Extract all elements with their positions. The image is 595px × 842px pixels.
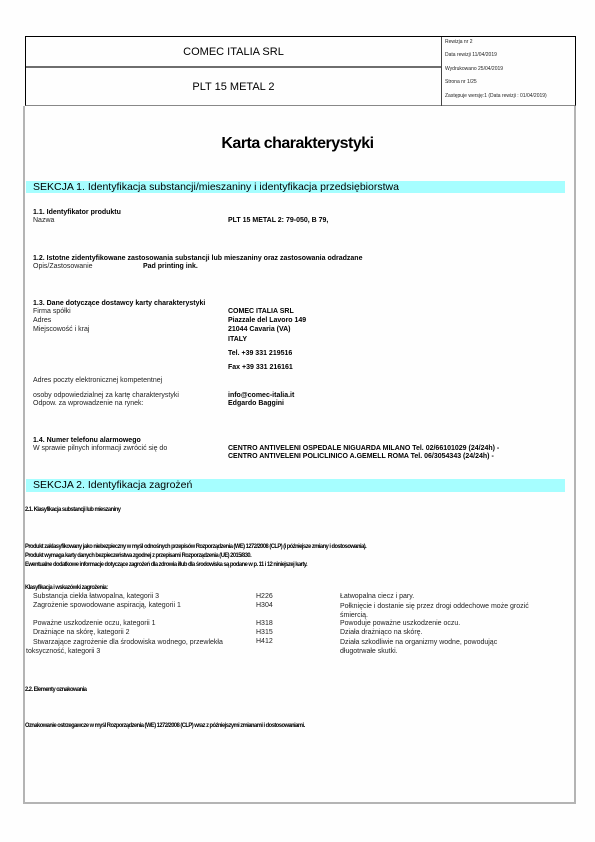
supplier-email[interactable]: info@comec-italia.it bbox=[228, 392, 294, 399]
revision-date: Data rewizji 11/04/2019 bbox=[445, 51, 547, 64]
subsection-1-2-title: 1.2. Istotne zidentyfikowane zastosowani… bbox=[33, 255, 362, 262]
hazard-category: Drażniące na skórę, kategorii 2 bbox=[33, 629, 130, 636]
hazard-category: Substancja ciekła łatwopalna, kategorii … bbox=[33, 593, 159, 600]
emergency-label: W sprawie pilnych informacji zwrócić się… bbox=[33, 445, 167, 452]
city-label: Miejscowość i kraj bbox=[33, 326, 89, 333]
company-name: COMEC ITALIA SRL bbox=[26, 37, 441, 68]
email-label-line1: Adres poczty elektronicznej kompetentnej bbox=[33, 377, 162, 384]
supplier-country: ITALY bbox=[228, 336, 247, 343]
supplier-address: Piazzale del Lavoro 149 bbox=[228, 317, 306, 324]
hazard-statement: Łatwopalna ciecz i pary. bbox=[340, 593, 414, 600]
replaces-version: Zastępuje wersję:1 (Data rewizji : 01/04… bbox=[445, 92, 547, 105]
page-number: Strona nr 1/25 bbox=[445, 78, 547, 91]
header-divider bbox=[441, 37, 442, 106]
document-header: COMEC ITALIA SRL PLT 15 METAL 2 Rewizja … bbox=[25, 36, 576, 106]
address-label: Adres bbox=[33, 317, 51, 324]
emergency-line-2: CENTRO ANTIVELENI POLICLINICO A.GEMELL R… bbox=[228, 453, 494, 460]
company-label: Firma spółki bbox=[33, 308, 71, 315]
hazard-code: H226 bbox=[256, 593, 273, 600]
product-name: PLT 15 METAL 2 bbox=[26, 68, 441, 106]
supplier-fax: Fax +39 331 216161 bbox=[228, 364, 293, 371]
subsection-1-4-title: 1.4. Numer telefonu alarmowego bbox=[33, 437, 141, 444]
responsible-label: Odpow. za wprowadzenie na rynek: bbox=[33, 400, 144, 407]
hazard-class-title: Klasyfikacja i wskazówki zagrożenia: bbox=[25, 584, 108, 591]
product-name-value: PLT 15 METAL 2: 79-050, B 79, bbox=[228, 217, 328, 224]
responsible-person: Edgardo Baggini bbox=[228, 400, 284, 407]
emergency-line-1: CENTRO ANTIVELENI OSPEDALE NIGUARDA MILA… bbox=[228, 445, 499, 452]
classification-paragraph-line2: Produkt wymaga karty danych bezpieczeńst… bbox=[25, 552, 251, 559]
use-value: Pad printing ink. bbox=[143, 263, 198, 270]
revision-number: Rewizja nr 2 bbox=[445, 38, 547, 51]
subsection-1-3-title: 1.3. Dane dotyczące dostawcy karty chara… bbox=[33, 300, 205, 307]
supplier-phone: Tel. +39 331 219516 bbox=[228, 350, 292, 357]
classification-paragraph-line3: Ewentualne dodatkowe informacje dotycząc… bbox=[25, 561, 307, 568]
section-1-heading: SEKCJA 1. Identyfikacja substancji/miesz… bbox=[26, 181, 565, 193]
email-label-line2: osoby odpowiedzialnej za kartę charakter… bbox=[33, 392, 179, 399]
subsection-2-1-title: 2.1. Klasyfikacja substancji lub mieszan… bbox=[25, 506, 120, 513]
hazard-statement: Połknięcie i dostanie się przez drogi od… bbox=[340, 602, 558, 620]
hazard-statement: Działa szkodliwie na organizmy wodne, po… bbox=[340, 638, 530, 656]
hazard-category: Poważne uszkodzenie oczu, kategorii 1 bbox=[33, 620, 156, 627]
hazard-code: H412 bbox=[256, 638, 273, 645]
supplier-city: 21044 Cavaria (VA) bbox=[228, 326, 291, 333]
hazard-code: H315 bbox=[256, 629, 273, 636]
subsection-1-1-title: 1.1. Identyfikator produktu bbox=[33, 209, 121, 216]
hazard-category: Zagrożenie spowodowane aspiracją, katego… bbox=[33, 602, 181, 609]
hazard-category: Stwarzające zagrożenie dla środowiska wo… bbox=[26, 638, 226, 656]
classification-paragraph-line1: Produkt zaklasyfikowany jako niebezpiecz… bbox=[25, 543, 366, 550]
product-name-label: Nazwa bbox=[33, 217, 54, 224]
supplier-company: COMEC ITALIA SRL bbox=[228, 308, 294, 315]
use-label: Opis/Zastosowanie bbox=[33, 263, 93, 270]
section-2-heading: SEKCJA 2. Identyfikacja zagrożeń bbox=[26, 479, 565, 492]
hazard-statement: Działa drażniąco na skórę. bbox=[340, 629, 423, 636]
subsection-2-2-title: 2.2. Elementy oznakowania bbox=[25, 686, 86, 693]
revision-info: Rewizja nr 2 Data rewizji 11/04/2019 Wyd… bbox=[445, 38, 547, 105]
print-date: Wydrukowano 25/04/2019 bbox=[445, 65, 547, 78]
hazard-statement: Powoduje poważne uszkodzenie oczu. bbox=[340, 620, 460, 627]
document-title: Karta charakterystyki bbox=[23, 135, 572, 153]
labelling-paragraph: Oznakowanie ostrzegawcze w myśl Rozporzą… bbox=[25, 722, 305, 729]
hazard-code: H304 bbox=[256, 602, 273, 609]
hazard-code: H318 bbox=[256, 620, 273, 627]
